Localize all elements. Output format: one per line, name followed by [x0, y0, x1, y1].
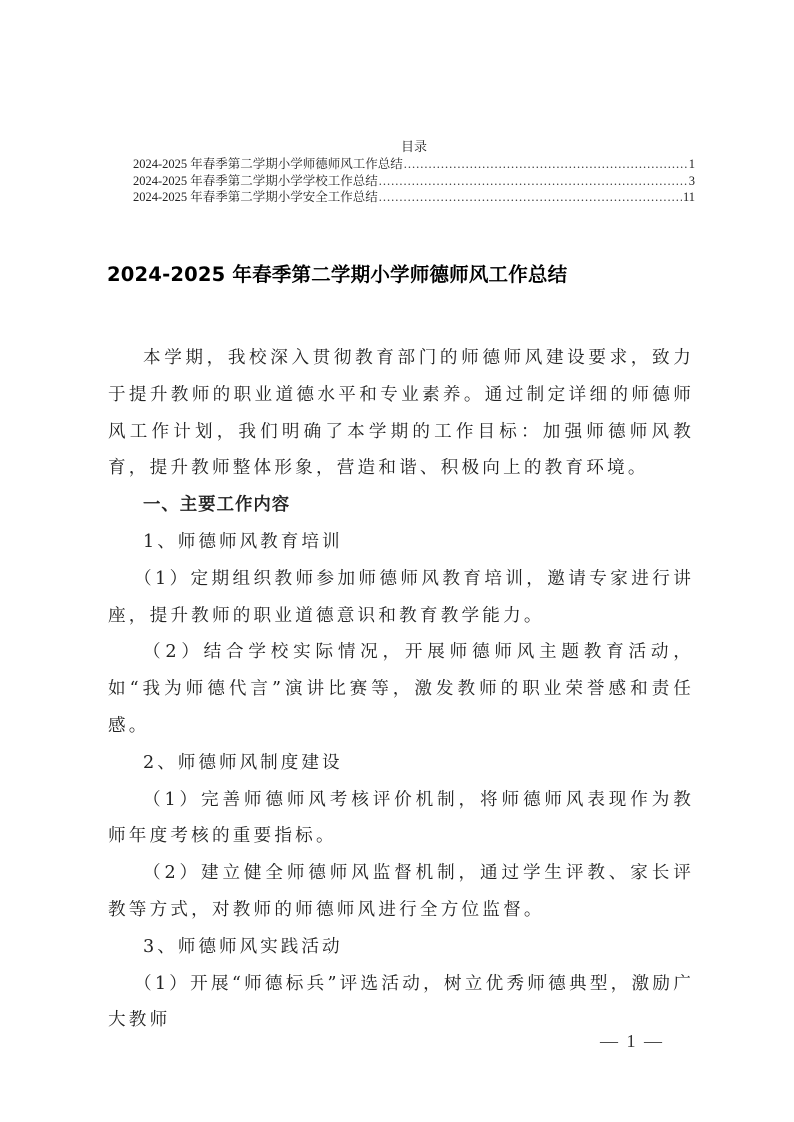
list-item: （1）开展“师德标兵”评选活动，树立优秀师德典型，激励广大教师	[108, 966, 694, 1040]
toc-title: 目录	[133, 138, 695, 156]
list-item: （1）完善师德师风考核评价机制，将师德师风表现作为教师年度考核的重要指标。	[108, 782, 694, 856]
toc-entry-text: 2024-2025 年春季第二学期小学安全工作总结	[133, 189, 378, 206]
toc-entry-page: 3	[689, 173, 695, 190]
toc-entry-page: 11	[683, 189, 695, 206]
toc-entry-page: 1	[689, 156, 695, 173]
toc-entry-text: 2024-2025 年春季第二学期小学学校工作总结	[133, 173, 378, 190]
document-title: 2024-2025 年春季第二学期小学师德师风工作总结	[107, 260, 567, 290]
intro-paragraph: 本学期，我校深入贯彻教育部门的师德师风建设要求，致力于提升教师的职业道德水平和专…	[108, 340, 694, 487]
page-number: — 1 —	[600, 1031, 664, 1052]
toc-entry[interactable]: 2024-2025 年春季第二学期小学师德师风工作总结 1	[133, 156, 695, 173]
document-page: 目录 2024-2025 年春季第二学期小学师德师风工作总结 1 2024-20…	[0, 0, 794, 1122]
toc-leader-dots	[379, 173, 688, 190]
toc-entry[interactable]: 2024-2025 年春季第二学期小学学校工作总结 3	[133, 173, 695, 190]
subsection-heading: 3、师德师风实践活动	[108, 929, 694, 966]
document-body: 本学期，我校深入贯彻教育部门的师德师风建设要求，致力于提升教师的职业道德水平和专…	[108, 340, 694, 1039]
toc-entry[interactable]: 2024-2025 年春季第二学期小学安全工作总结 11	[133, 189, 695, 206]
list-item: （1）定期组织教师参加师德师风教育培训，邀请专家进行讲座，提升教师的职业道德意识…	[108, 561, 694, 635]
toc-leader-dots	[404, 156, 688, 173]
section-heading: 一、主要工作内容	[108, 487, 694, 524]
subsection-heading: 1、师德师风教育培训	[108, 524, 694, 561]
table-of-contents: 目录 2024-2025 年春季第二学期小学师德师风工作总结 1 2024-20…	[133, 138, 695, 206]
toc-entry-text: 2024-2025 年春季第二学期小学师德师风工作总结	[133, 156, 403, 173]
list-item: （2）建立健全师德师风监督机制，通过学生评教、家长评教等方式，对教师的师德师风进…	[108, 855, 694, 929]
subsection-heading: 2、师德师风制度建设	[108, 745, 694, 782]
list-item: （2）结合学校实际情况，开展师德师风主题教育活动，如“我为师德代言”演讲比赛等，…	[108, 634, 694, 744]
toc-leader-dots	[379, 189, 682, 206]
